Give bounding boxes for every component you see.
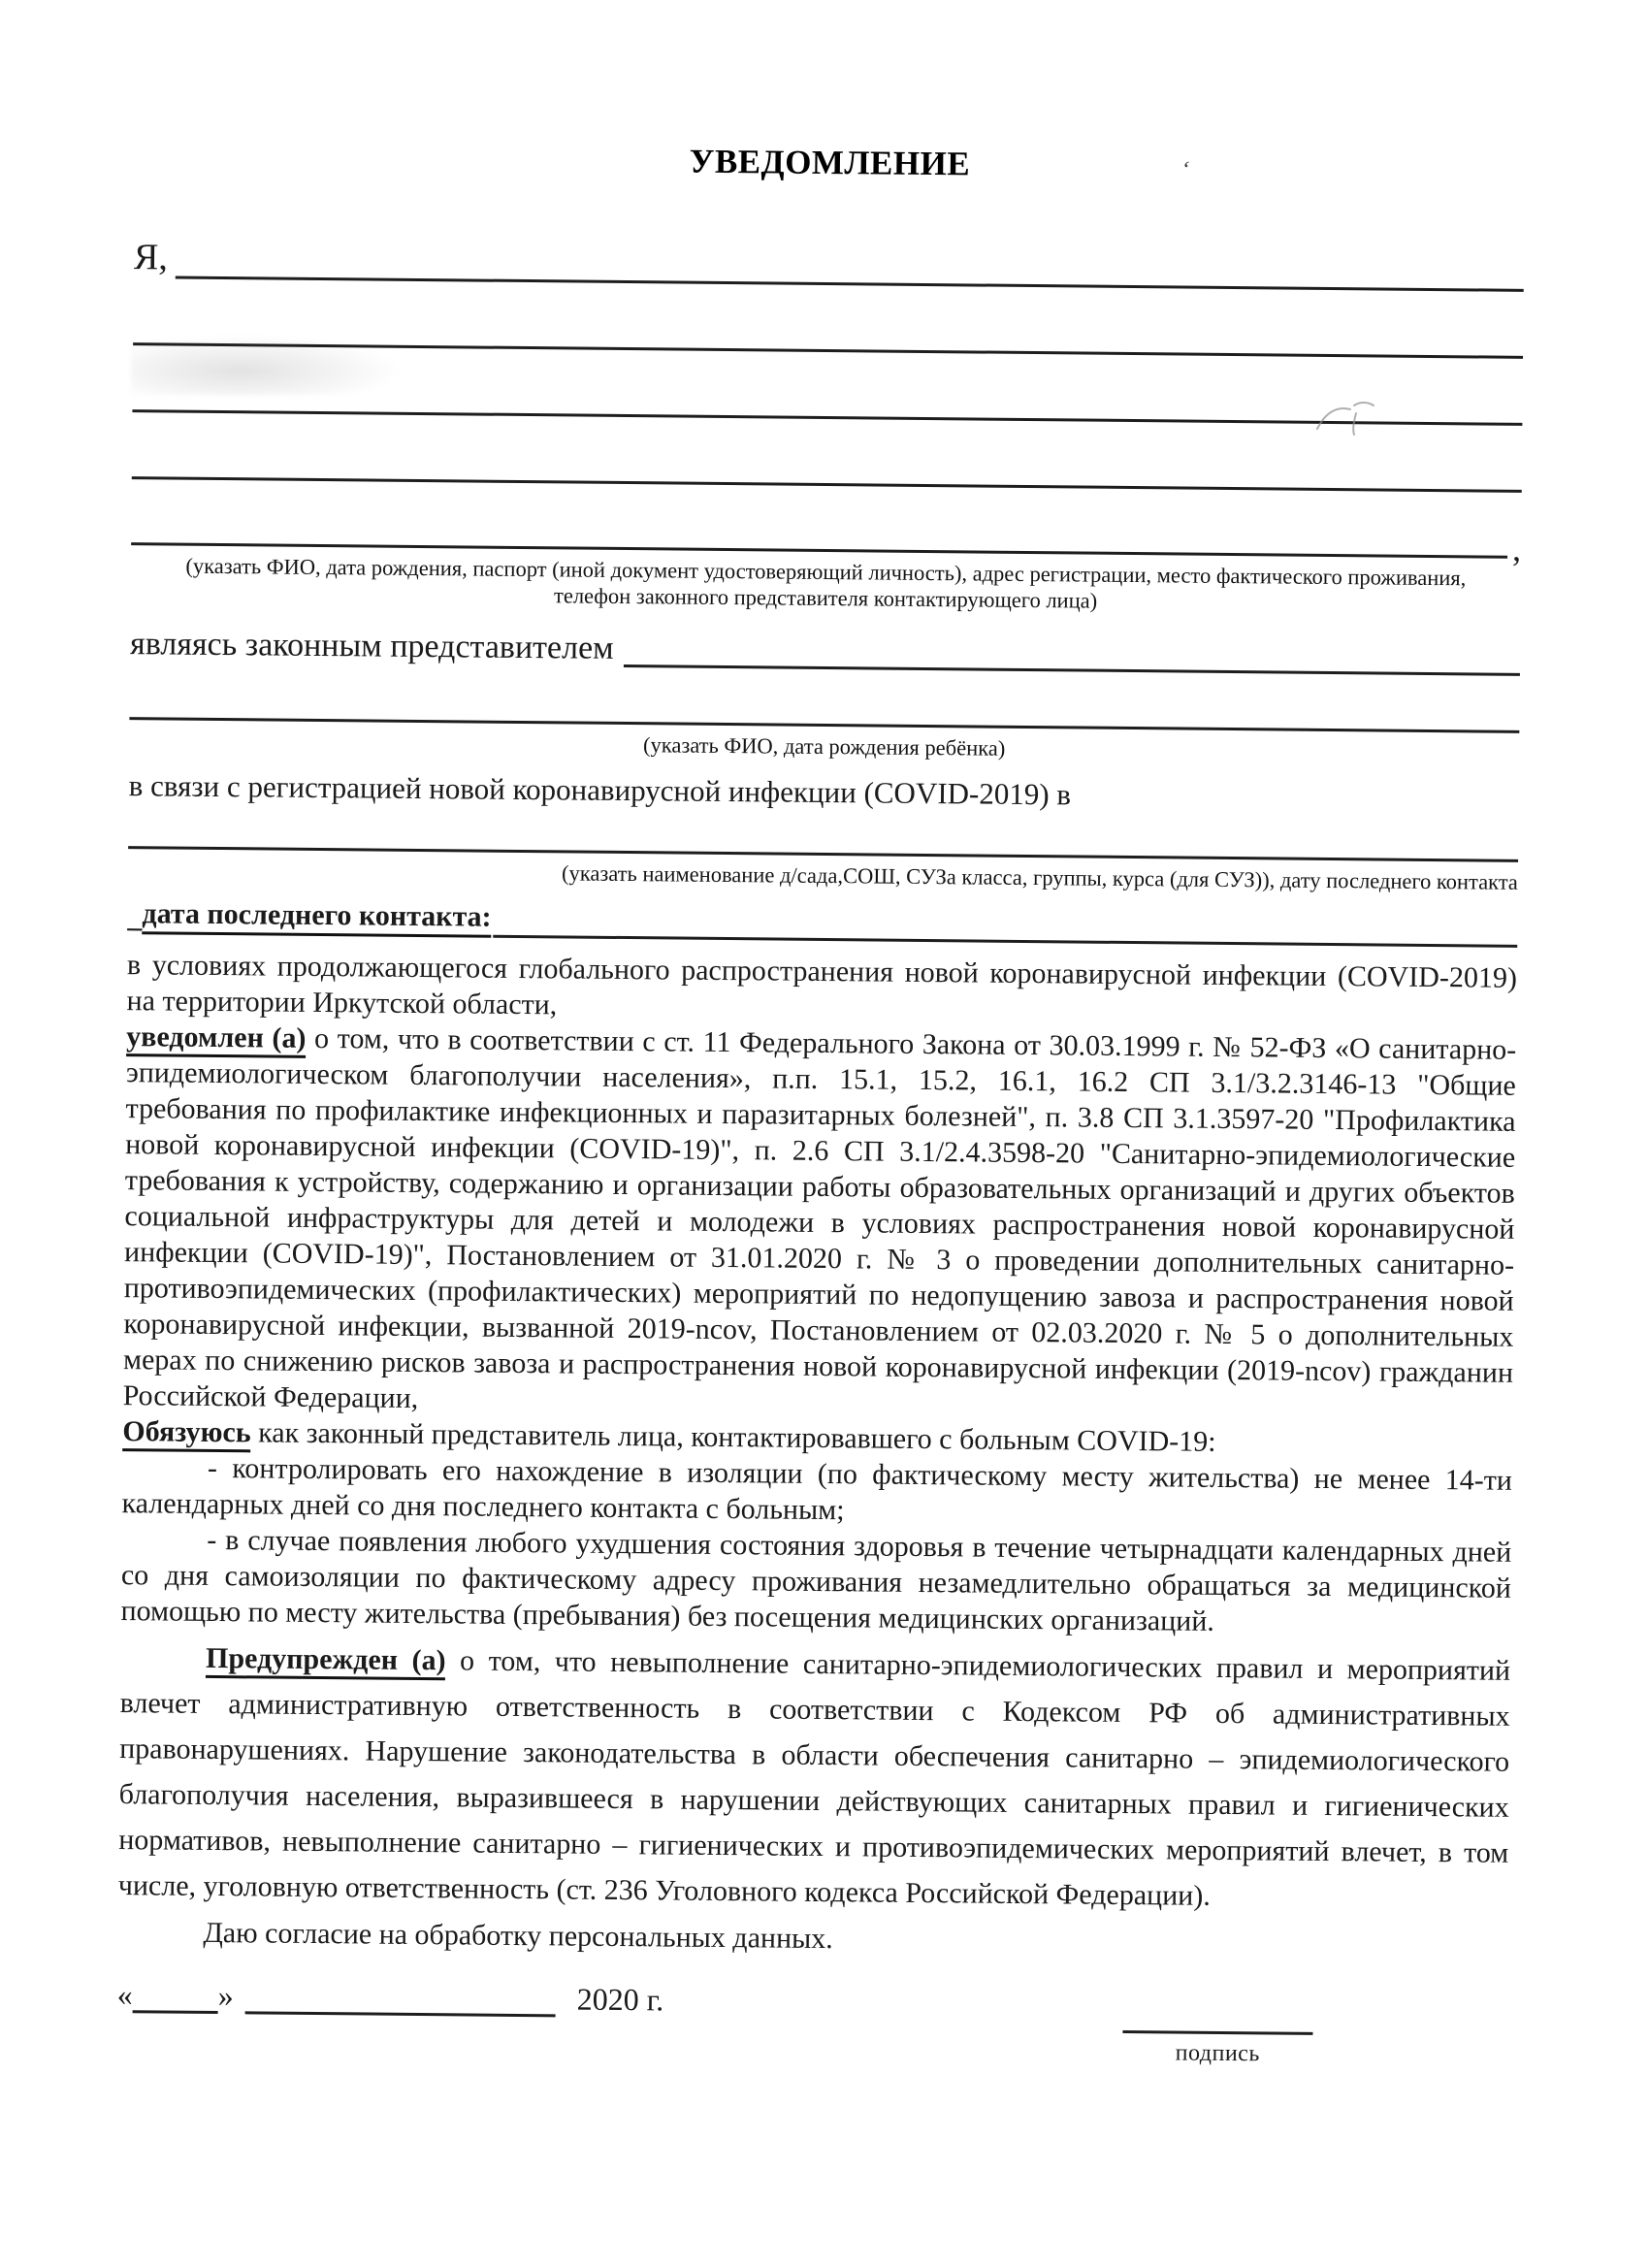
date-day-blank bbox=[133, 1971, 218, 2014]
child-caption: (указать ФИО, дата рождения ребёнка) bbox=[129, 727, 1519, 766]
signature-label: подпись bbox=[1122, 2040, 1312, 2068]
signature-group: подпись bbox=[1122, 2007, 1313, 2068]
trailing-comma: , bbox=[1507, 539, 1521, 559]
last-contact-blank-line bbox=[493, 935, 1517, 948]
last-contact-label: дата последнего контакта: bbox=[142, 897, 492, 937]
close-quote: » bbox=[218, 1978, 234, 2014]
scanned-notification-document: УВЕДОМЛЕНИЕ Я, , (указать ФИО, дата рожд… bbox=[0, 0, 1649, 2268]
warned-body: о том, что невыполнение санитарно-эпидем… bbox=[118, 1644, 1511, 1912]
scan-smudge bbox=[131, 335, 403, 395]
identity-caption-block: (указать ФИО, дата рождения, паспорт (ин… bbox=[131, 552, 1521, 618]
declarant-name-row: Я, bbox=[134, 201, 1525, 292]
paragraph-consent: Даю согласие на обработку персональных д… bbox=[117, 1912, 1507, 1966]
signature-blank-line bbox=[1122, 2007, 1312, 2035]
body-text: в условиях продолжающегося глобального р… bbox=[117, 947, 1517, 1966]
paragraph-bullet-2: - в случае появления любого ухудшения со… bbox=[120, 1521, 1511, 1642]
year-label: 2020 г. bbox=[577, 1982, 664, 2019]
document-sheet: УВЕДОМЛЕНИЕ Я, , (указать ФИО, дата рожд… bbox=[0, 0, 1649, 2071]
blank-line-5-row: , bbox=[131, 479, 1522, 559]
notified-lead: уведомлен (а) bbox=[126, 1021, 307, 1058]
paragraph-context: в условиях продолжающегося глобального р… bbox=[126, 947, 1517, 1032]
oblige-lead: Обязуюсь bbox=[122, 1415, 251, 1452]
notified-body: о том, что в соответствии с ст. 11 Федер… bbox=[123, 1022, 1517, 1414]
pen-mark bbox=[1311, 396, 1379, 440]
ya-label: Я, bbox=[134, 236, 168, 278]
date-group: «»2020 г. bbox=[117, 1970, 664, 2018]
page-title: УВЕДОМЛЕНИЕ bbox=[135, 137, 1525, 189]
date-month-blank bbox=[245, 1972, 556, 2017]
last-contact-row: _дата последнего контакта: bbox=[127, 891, 1517, 948]
representative-label: являясь законным представителем bbox=[130, 626, 614, 667]
paragraph-warned: Предупрежден (а) о том, что невыполнение… bbox=[118, 1635, 1511, 1922]
last-contact-prefix: _ bbox=[127, 901, 142, 934]
open-quote: « bbox=[117, 1977, 133, 2013]
warned-lead: Предупрежден (а) bbox=[206, 1642, 446, 1680]
institution-caption: (указать наименование д/сада,СОШ, СУЗа к… bbox=[128, 856, 1518, 895]
paragraph-notified: уведомлен (а) о том, что в соответствии … bbox=[123, 1019, 1517, 1427]
date-signature-row: «»2020 г. подпись bbox=[116, 1970, 1507, 2070]
paragraph-bullet-1: - контролировать его нахождение в изоляц… bbox=[121, 1449, 1512, 1535]
